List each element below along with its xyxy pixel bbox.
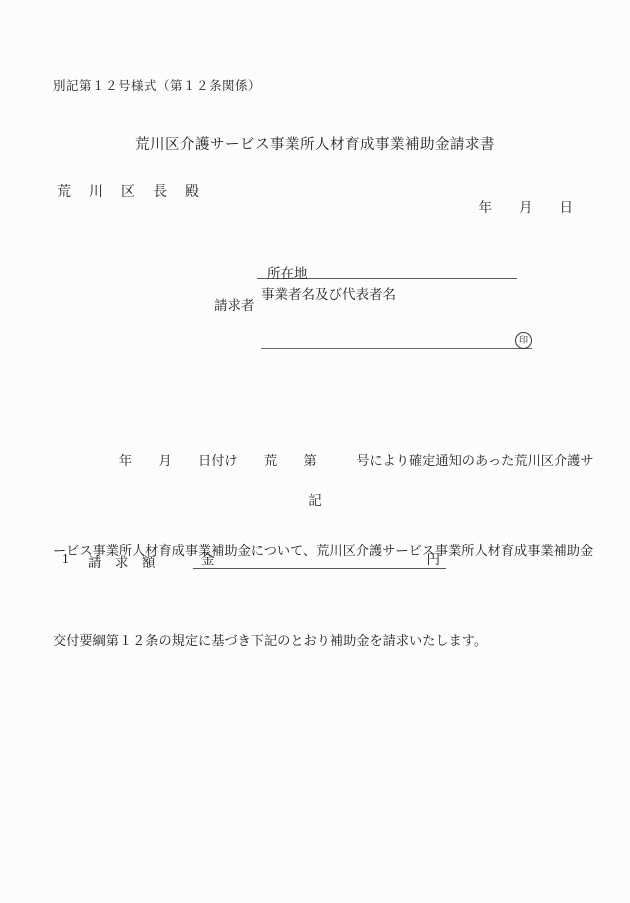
currency-prefix-kin: 金 xyxy=(193,548,215,568)
business-and-representative-name-label: 事業者名及び代表者名 xyxy=(261,283,396,303)
date-blank-field[interactable]: 年 月 日 xyxy=(53,196,573,216)
body-line-3: 交付要綱第１２条の規定に基づき下記のとおり補助金を請求いたします。 xyxy=(53,626,587,656)
subsidy-claim-form-page: 別記第１２号様式（第１２条関係） 荒川区介護サービス事業所人材育成事業補助金請求… xyxy=(0,0,630,903)
form-number-note: 別記第１２号様式（第１２条関係） xyxy=(53,76,261,94)
claim-amount-item-number: 1 xyxy=(62,551,69,567)
claimant-label: 請求者 xyxy=(214,294,255,314)
body-line-1: 年 月 日付け 荒 第 号により確定通知のあった荒川区介護サ xyxy=(53,446,587,476)
claim-amount-label: 請 求 額 xyxy=(88,551,156,571)
seal-stamp-icon: 印 xyxy=(515,332,532,349)
section-marker-ki: 記 xyxy=(53,489,577,509)
address-label: 所在地 xyxy=(267,262,308,282)
signature-blank-field[interactable]: 印 xyxy=(261,327,532,349)
claim-amount-blank-field[interactable]: 金 円 xyxy=(193,548,446,569)
currency-suffix-en: 円 xyxy=(427,548,447,568)
document-title: 荒川区介護サービス事業所人材育成事業補助金請求書 xyxy=(53,133,577,154)
